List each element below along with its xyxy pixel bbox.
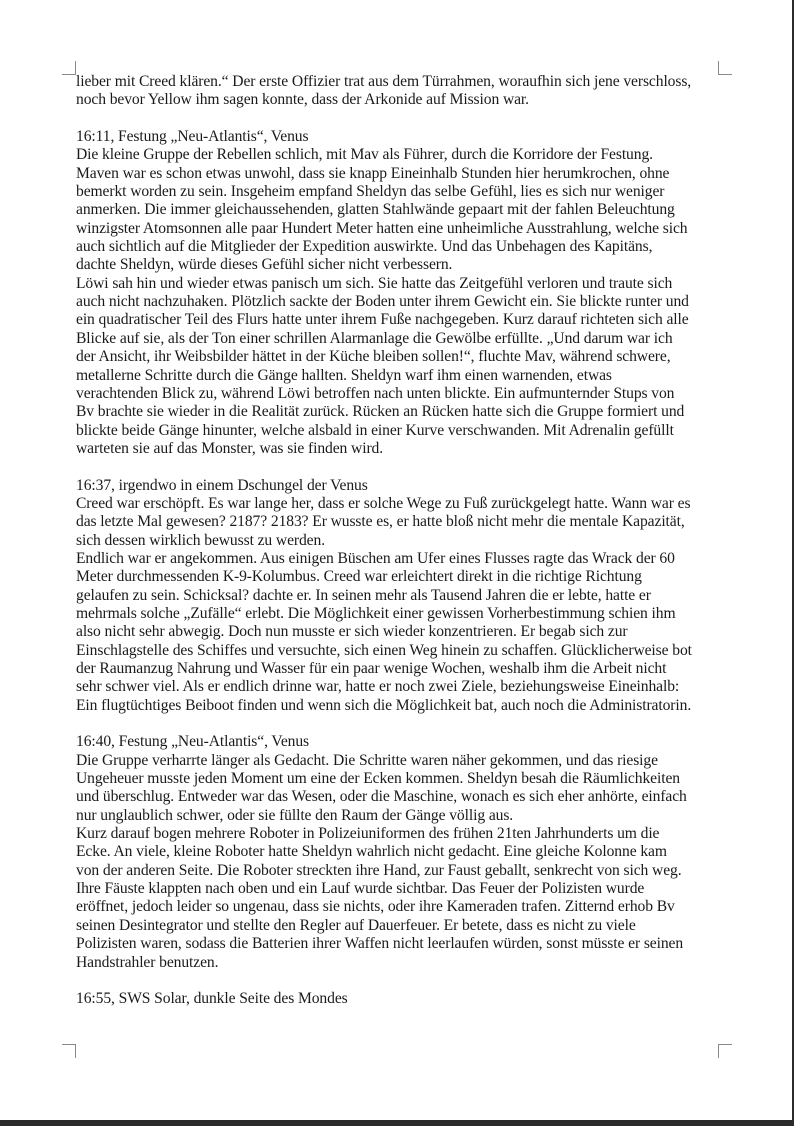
paragraph-line: Creed war erschöpft. Es war lange her, d… bbox=[76, 495, 726, 513]
paragraph-line: bemerkt worden zu sein. Insgeheim empfan… bbox=[76, 183, 726, 201]
paragraph-line: anmerken. Die immer gleichaussehenden, g… bbox=[76, 201, 726, 219]
top-left-crop-mark bbox=[62, 61, 76, 75]
paragraph-line: Löwi sah hin und wieder etwas panisch um… bbox=[76, 275, 726, 293]
scene-heading-text: 16:40, Festung „Neu-Atlantis“, Venus bbox=[76, 733, 726, 751]
scene-heading: 16:11, Festung „Neu-Atlantis“, Venus bbox=[76, 128, 726, 146]
paragraph-line: Die Gruppe verharrte länger als Gedacht.… bbox=[76, 752, 726, 770]
paragraph-line: Kurz darauf bogen mehrere Roboter in Pol… bbox=[76, 825, 726, 843]
workspace-bottom-edge bbox=[0, 1120, 794, 1126]
paragraph-line: der Raumanzug Nahrung und Wasser für ein… bbox=[76, 660, 726, 678]
blank-line bbox=[76, 110, 726, 128]
scene-heading-text: 16:37, irgendwo in einem Dschungel der V… bbox=[76, 477, 726, 495]
paragraph-line: auch nicht nachzuhaken. Plötzlich sackte… bbox=[76, 293, 726, 311]
document-viewport: lieber mit Creed klären.“ Der erste Offi… bbox=[0, 0, 794, 1126]
paragraph-line: Ihre Fäuste klappten nach oben und ein L… bbox=[76, 880, 726, 898]
paragraph-line: und überschlug. Entweder war das Wesen, … bbox=[76, 788, 726, 806]
paragraph-line: der Ansicht, ihr Weibsbilder hättet in d… bbox=[76, 348, 726, 366]
paragraph-line: metallerne Schritte durch die Gänge hall… bbox=[76, 367, 726, 385]
paragraph-line: Ein flugtüchtiges Beiboot finden und wen… bbox=[76, 697, 726, 715]
bottom-left-crop-mark bbox=[62, 1044, 76, 1058]
blank-line bbox=[76, 972, 726, 990]
paragraph-line: sich dessen wirklich bewusst zu werden. bbox=[76, 532, 726, 550]
scene-heading-text: 16:11, Festung „Neu-Atlantis“, Venus bbox=[76, 128, 726, 146]
paragraph-line: Die kleine Gruppe der Rebellen schlich, … bbox=[76, 146, 726, 164]
paragraph-line: Bv brachte sie wieder in die Realität zu… bbox=[76, 403, 726, 421]
paragraph-line: winzigster Atomsonnen alle paar Hundert … bbox=[76, 220, 726, 238]
paragraph-line: Ungeheuer musste jeden Moment um eine de… bbox=[76, 770, 726, 788]
paragraph-line: Ecke. An viele, kleine Roboter hatte She… bbox=[76, 843, 726, 861]
paragraph: Endlich war er angekommen. Aus einigen B… bbox=[76, 550, 726, 715]
paragraph-line: Endlich war er angekommen. Aus einigen B… bbox=[76, 550, 726, 568]
paragraph-line: ein quadratischer Teil des Flurs hatte u… bbox=[76, 311, 726, 329]
paragraph-line: sehr schwer viel. Als er endlich drinne … bbox=[76, 678, 726, 696]
paragraph: Löwi sah hin und wieder etwas panisch um… bbox=[76, 275, 726, 458]
paragraph-line: dachte Sheldyn, würde dieses Gefühl sich… bbox=[76, 256, 726, 274]
paragraph-line: eröffnet, jedoch leider so ungenau, dass… bbox=[76, 898, 726, 916]
paragraph-line: lieber mit Creed klären.“ Der erste Offi… bbox=[76, 73, 726, 91]
paragraph-line: noch bevor Yellow ihm sagen konnte, dass… bbox=[76, 91, 726, 109]
paragraph: Kurz darauf bogen mehrere Roboter in Pol… bbox=[76, 825, 726, 972]
paragraph: Die kleine Gruppe der Rebellen schlich, … bbox=[76, 146, 726, 274]
paragraph-line: auch sichtlich auf die Mitglieder der Ex… bbox=[76, 238, 726, 256]
paragraph-line: verachtenden Blick zu, während Löwi betr… bbox=[76, 385, 726, 403]
paragraph-line: Polizisten waren, sodass die Batterien i… bbox=[76, 935, 726, 953]
paragraph: Creed war erschöpft. Es war lange her, d… bbox=[76, 495, 726, 550]
paragraph: Die Gruppe verharrte länger als Gedacht.… bbox=[76, 752, 726, 825]
paragraph-line: nur unglaublich schwer, oder sie füllte … bbox=[76, 807, 726, 825]
blank-line bbox=[76, 715, 726, 733]
paragraph-line: von der anderen Seite. Die Roboter strec… bbox=[76, 862, 726, 880]
paragraph-line: Meter durchmessenden K-9-Kolumbus. Creed… bbox=[76, 568, 726, 586]
paragraph-line: gelaufen zu sein. Schicksal? dachte er. … bbox=[76, 587, 726, 605]
paragraph-line: blickte beide Gänge hinunter, welche als… bbox=[76, 422, 726, 440]
paragraph-line: Maven war es schon etwas unwohl, dass si… bbox=[76, 165, 726, 183]
paragraph-line: Handstrahler benutzen. bbox=[76, 954, 726, 972]
bottom-right-crop-mark bbox=[718, 1044, 732, 1058]
paragraph-line: warteten sie auf das Monster, was sie fi… bbox=[76, 440, 726, 458]
paragraph-line: Einschlagstelle des Schiffes und versuch… bbox=[76, 642, 726, 660]
scene-heading-text: 16:55, SWS Solar, dunkle Seite des Monde… bbox=[76, 990, 726, 1008]
paragraph-line: also nicht sehr abwegig. Doch nun musste… bbox=[76, 623, 726, 641]
paragraph-line: seinen Desintegrator und stellte den Reg… bbox=[76, 917, 726, 935]
document-body-text[interactable]: lieber mit Creed klären.“ Der erste Offi… bbox=[76, 73, 726, 1009]
paragraph-line: das letzte Mal gewesen? 2187? 2183? Er w… bbox=[76, 513, 726, 531]
document-page[interactable]: lieber mit Creed klären.“ Der erste Offi… bbox=[0, 0, 792, 1120]
paragraph-line: Blicke auf sie, als der Ton einer schril… bbox=[76, 330, 726, 348]
blank-line bbox=[76, 458, 726, 476]
paragraph: lieber mit Creed klären.“ Der erste Offi… bbox=[76, 73, 726, 110]
scene-heading: 16:40, Festung „Neu-Atlantis“, Venus bbox=[76, 733, 726, 751]
scene-heading: 16:37, irgendwo in einem Dschungel der V… bbox=[76, 477, 726, 495]
paragraph-line: mehrmals solche „Zufälle“ erlebt. Die Mö… bbox=[76, 605, 726, 623]
scene-heading: 16:55, SWS Solar, dunkle Seite des Monde… bbox=[76, 990, 726, 1008]
